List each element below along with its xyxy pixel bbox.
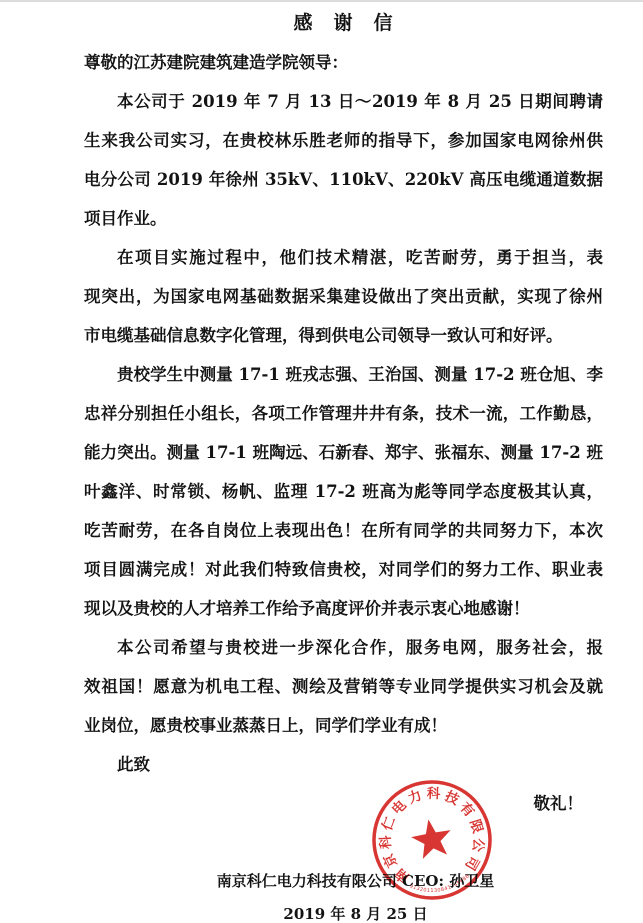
date-line: 2019 年 8 月 25 日 [96, 901, 615, 923]
body-line: 叶鑫洋、时常锁、杨帆、监理 17-2 班高为彪等同学态度极其认真， [84, 472, 603, 511]
paragraphs: 本公司于 2019 年 7 月 13 日～2019 年 8 月 25 日期间聘请… [84, 82, 603, 745]
body-line: 忠祥分别担任小组长，各项工作管理井井有条，技术一流，工作勤恳， [84, 394, 603, 433]
body-line: 生来我公司实习，在贵校林乐胜老师的指导下，参加国家电网徐州供 [84, 121, 603, 160]
body-line: 在项目实施过程中，他们技术精湛，吃苦耐劳，勇于担当，表 [84, 238, 603, 277]
body-line: 现以及贵校的人才培养工作给予高度评价并表示衷心地感谢！ [84, 589, 603, 628]
body-line: 能力突出。测量 17-1 班陶远、石新春、郑宇、张福东、测量 17-2 班 [84, 433, 603, 472]
body-line: 吃苦耐劳，在各自岗位上表现出色！在所有同学的共同努力下，本次 [84, 511, 603, 550]
body-line: 市电缆基础信息数字化管理，得到供电公司领导一致认可和好评。 [84, 316, 603, 355]
letter-salutation: 尊敬的江苏建院建筑建造学院领导： [84, 43, 603, 82]
body-line: 本公司于 2019 年 7 月 13 日～2019 年 8 月 25 日期间聘请… [84, 82, 603, 121]
spacer [84, 823, 603, 862]
body-line: 本公司希望与贵校进一步深化合作，服务电网，服务社会，报 [84, 628, 603, 667]
body-line: 项目作业。 [84, 199, 603, 238]
body-line: 项目圆满完成！对此我们特致信贵校，对同学们的努力工作、职业表 [84, 550, 603, 589]
letter-closing: 此致 [84, 745, 603, 784]
signature-line: 南京科仁电力科技有限公司 CEO: 孙卫星 [96, 862, 615, 901]
letter-salute: 敬礼！ [84, 784, 603, 823]
body-line: 效祖国！愿意为机电工程、测绘及营销等专业同学提供实习机会及就 [84, 667, 603, 706]
body-line: 业岗位，愿贵校事业蒸蒸日上，同学们学业有成！ [84, 706, 603, 745]
letter-page: 感 谢 信 尊敬的江苏建院建筑建造学院领导： 本公司于 2019 年 7 月 1… [0, 0, 643, 923]
letter-title: 感 谢 信 [84, 4, 603, 43]
letter-content: 感 谢 信 尊敬的江苏建院建筑建造学院领导： 本公司于 2019 年 7 月 1… [84, 4, 603, 923]
body-line: 电分公司 2019 年徐州 35kV、110kV、220kV 高压电缆通道数据采… [84, 160, 603, 199]
body-line: 现突出，为国家电网基础数据采集建设做出了突出贡献，实现了徐州 [84, 277, 603, 316]
body-line: 贵校学生中测量 17-1 班戎志强、王治国、测量 17-2 班仓旭、李 [84, 355, 603, 394]
